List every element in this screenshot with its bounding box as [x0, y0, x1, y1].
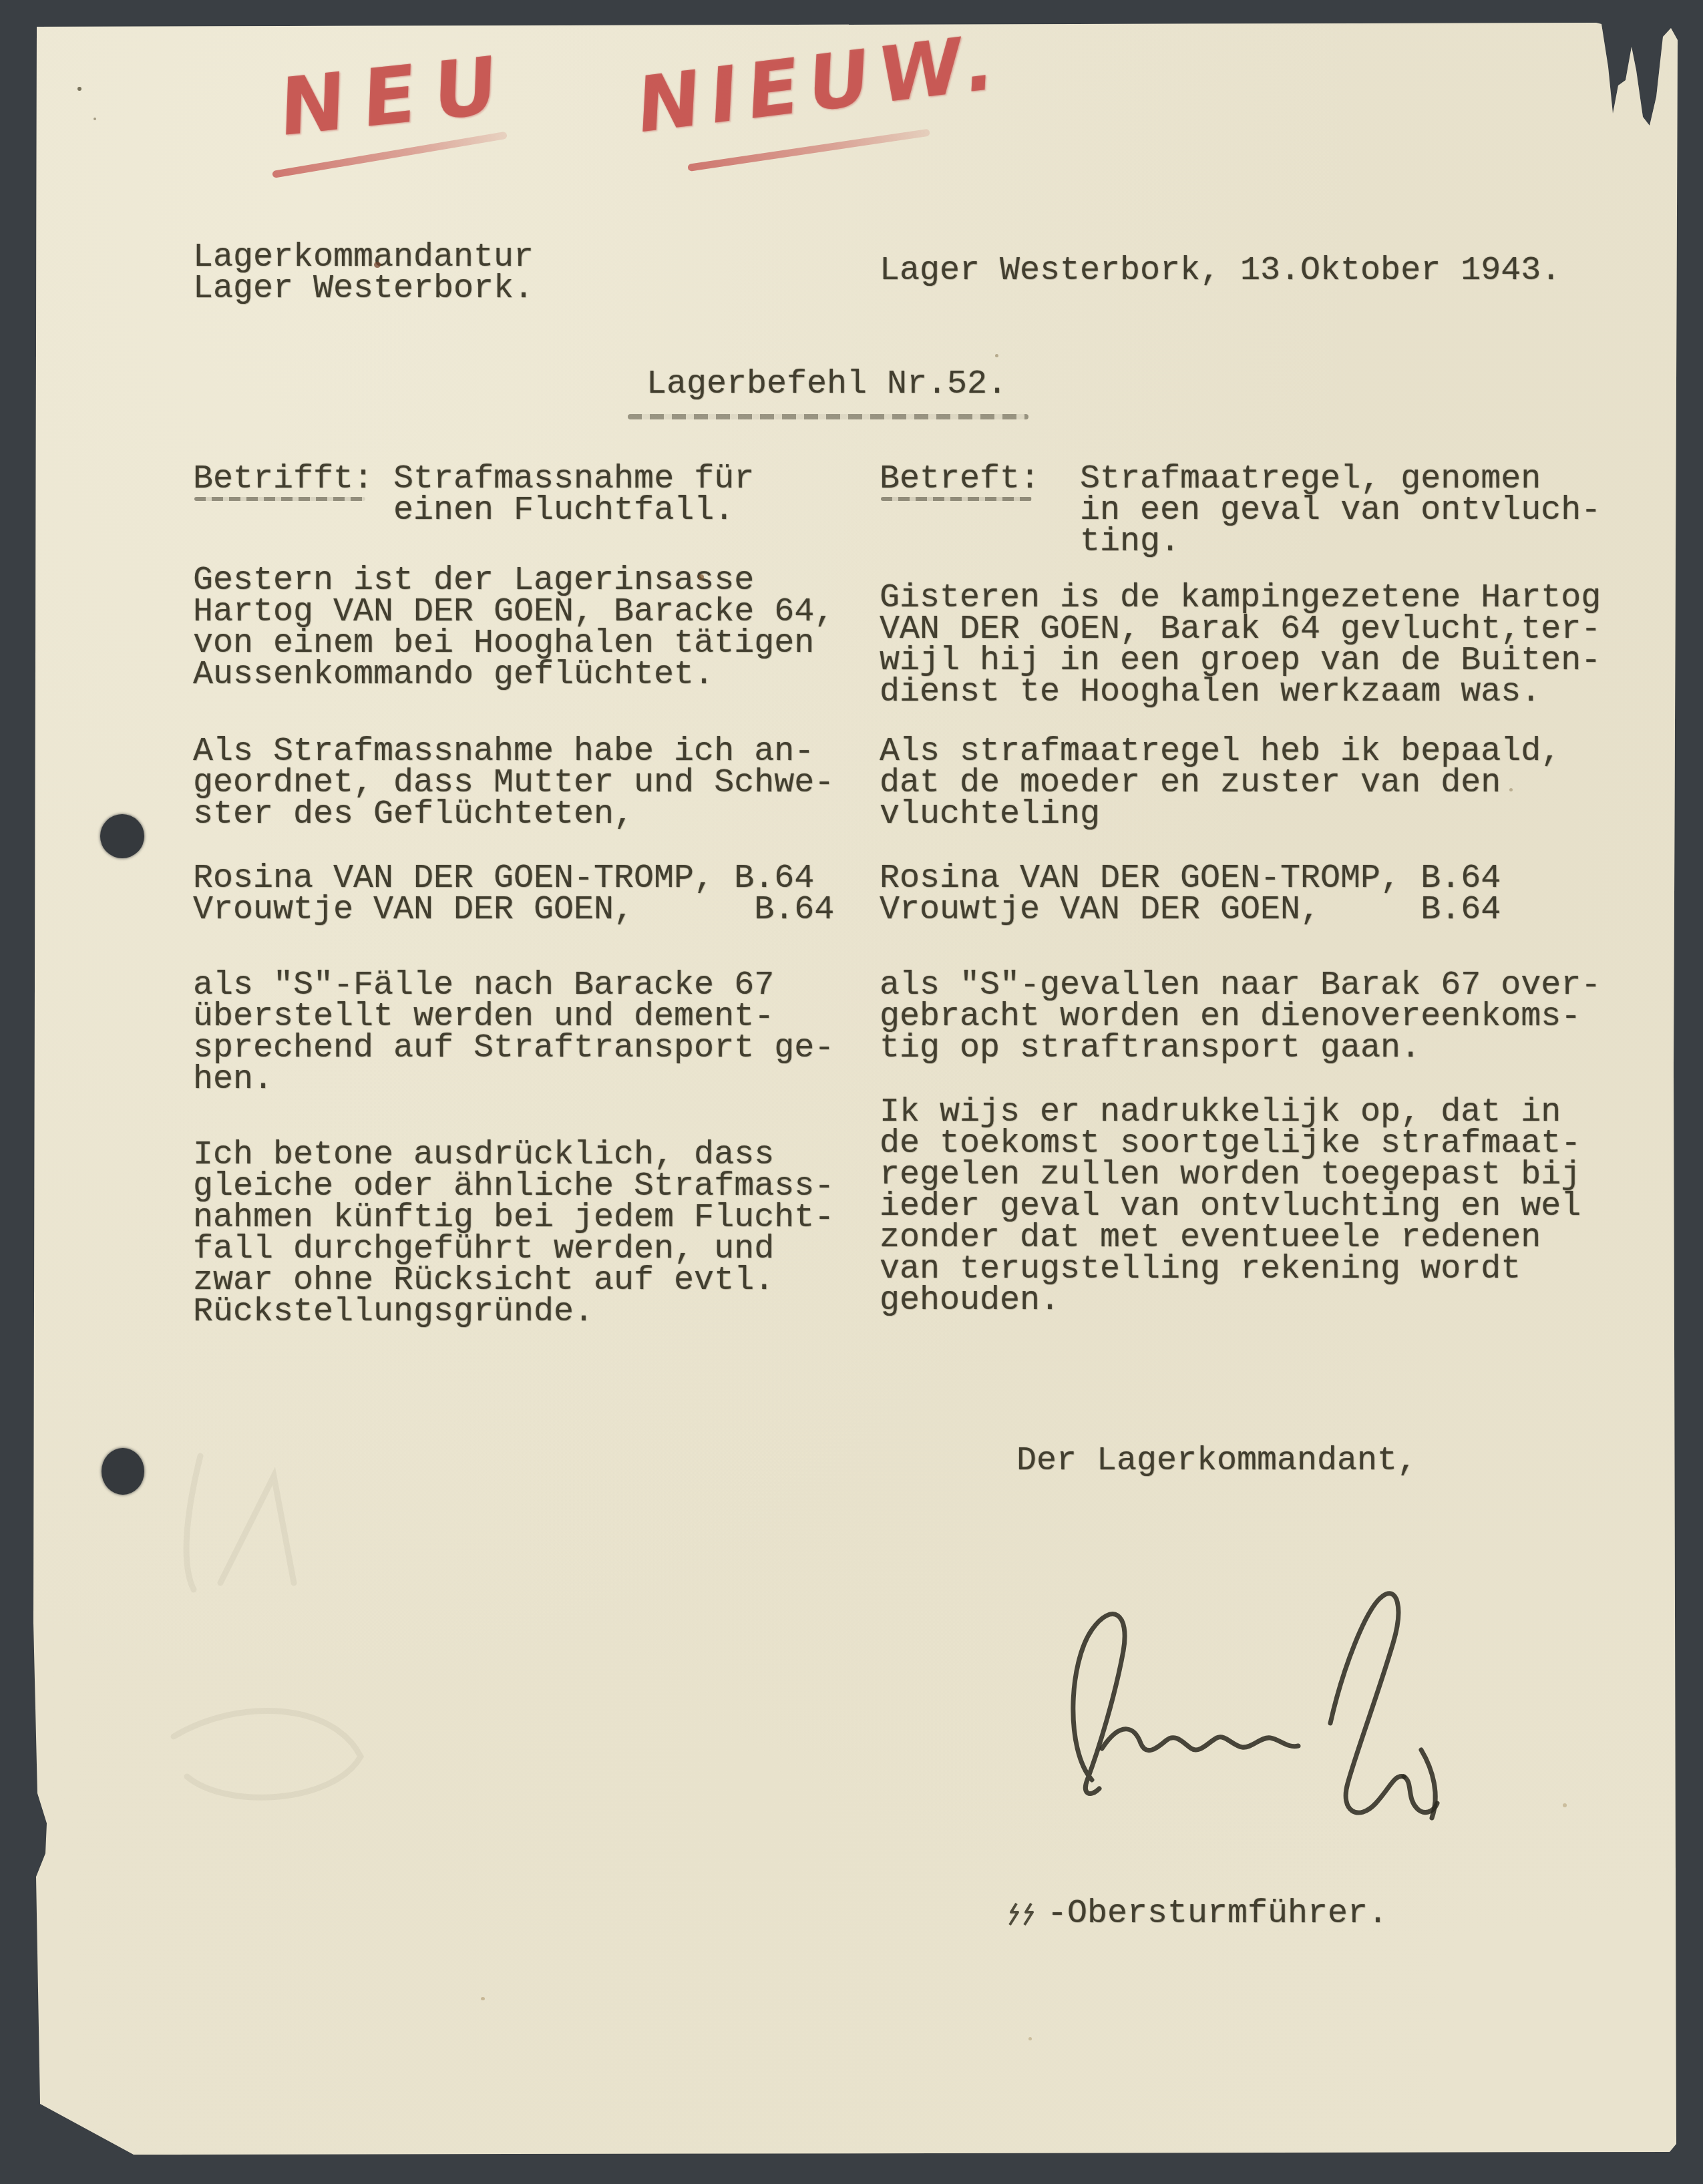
signature-rank-line: -Obersturmführer.: [1007, 1898, 1388, 1930]
handwritten-signature: [1028, 1550, 1469, 1837]
ss-runes-icon: [1007, 1901, 1042, 1927]
subject-text-german: Strafmassnahme für einen Fluchtfall.: [393, 464, 754, 526]
ink-fleck: [699, 574, 704, 580]
subject-label-german: Betrifft:: [193, 464, 373, 495]
dust-speck: [1509, 788, 1513, 791]
dust-speck: [1563, 1803, 1567, 1807]
subject-german: Betrifft: Strafmassnahme für einen Fluch…: [193, 464, 754, 526]
title-underline: [628, 414, 1028, 419]
paragraph-german-4: Ich betone ausdrücklich, dass gleiche od…: [193, 1139, 834, 1328]
paragraph-german-2: Als Strafmassnahme habe ich an- geordnet…: [193, 736, 834, 830]
paragraph-dutch-2: Als strafmaatregel heb ik bepaald, dat d…: [880, 736, 1561, 830]
ink-fleck: [374, 262, 381, 268]
paragraph-dutch-1: Gisteren is de kampingezetene Hartog VAN…: [880, 582, 1601, 708]
dust-speck: [995, 354, 998, 357]
paragraph-german-3: als "S"-Fälle nach Baracke 67 überstellt…: [193, 970, 834, 1095]
crayon-annotation-right: NIEUW.: [635, 15, 1006, 150]
document-title: Lagerbefehl Nr.52.: [646, 369, 1007, 400]
dust-speck: [77, 87, 81, 91]
dust-speck: [1028, 2037, 1032, 2040]
dust-speck: [93, 118, 96, 120]
faint-pencil-marks: [120, 1416, 588, 1883]
paragraph-german-1: Gestern ist der Lagerinsasse Hartog VAN …: [193, 565, 834, 691]
punch-hole-top: [100, 814, 144, 858]
names-list-dutch: Rosina VAN DER GOEN-TROMP, B.64 Vrouwtje…: [880, 863, 1501, 926]
scanned-document-page: { "scan": { "background_color": "#3a3f44…: [0, 0, 1703, 2184]
dateline: Lager Westerbork, 13.Oktober 1943.: [880, 255, 1561, 287]
signature-salutation: Der Lagerkommandant,: [1016, 1445, 1417, 1477]
names-list-german: Rosina VAN DER GOEN-TROMP, B.64 Vrouwtje…: [193, 863, 834, 926]
dust-speck: [481, 1997, 485, 2000]
sender-address: Lagerkommandantur Lager Westerbork.: [193, 242, 534, 305]
subject-label-dutch: Betreft:: [880, 464, 1040, 495]
document-content: NEU NIEUW. Lagerkommandantur Lager Weste…: [0, 0, 1703, 2184]
subject-text-dutch: Strafmaatregel, genomen in een geval van…: [1080, 464, 1601, 558]
signature-rank: -Obersturmführer.: [1047, 1898, 1388, 1930]
paragraph-dutch-4: Ik wijs er nadrukkelijk op, dat in de to…: [880, 1097, 1581, 1316]
paragraph-dutch-3: als "S"-gevallen naar Barak 67 over- geb…: [880, 970, 1601, 1064]
subject-dutch: Betreft: Strafmaatregel, genomen in een …: [880, 464, 1601, 558]
